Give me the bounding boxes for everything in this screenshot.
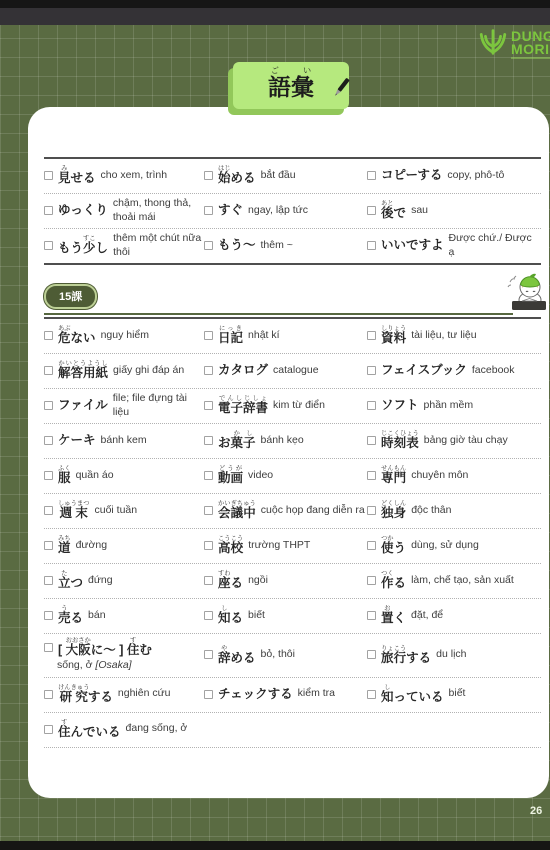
vocab-entry: フェイスブックfacebook (367, 354, 541, 388)
vocab-meaning-vietnamese: kiểm tra (298, 687, 365, 700)
vocab-entry: 置おくđặt, để (367, 599, 541, 633)
vocab-row: 立たつđứng座すわるngồi作つくるlàm, chế tạo, sản xuấ… (44, 564, 541, 599)
vocab-word-japanese: 後あとで (381, 200, 406, 220)
vocab-checkbox[interactable] (367, 506, 376, 515)
vocab-checkbox[interactable] (367, 650, 376, 659)
vocab-word-japanese: 旅行りょこうする (381, 645, 431, 665)
vocab-entry: もう～thêm ~ (204, 229, 367, 263)
vocab-row: 売うるbán知しるbiết置おくđặt, để (44, 599, 541, 634)
vocab-word-japanese: ファイル (58, 399, 108, 412)
pen-icon (328, 75, 352, 108)
vocab-checkbox[interactable] (204, 241, 213, 250)
viewer-bottom-bar (0, 841, 550, 850)
vocab-meaning-vietnamese: file; file đựng tài liệu (113, 392, 202, 419)
vocab-entry: 辞やめるbỏ, thôi (204, 634, 367, 677)
vocab-meaning-vietnamese: trường THPT (248, 539, 365, 552)
page-number: 26 (530, 805, 542, 817)
vocab-meaning-vietnamese: cuộc họp đang diễn ra (261, 504, 365, 517)
vocab-entry: 見みせるcho xem, trình (44, 159, 204, 193)
vocab-meaning-vietnamese: bắt đầu (261, 169, 365, 182)
vocab-entry: 時刻表じこくひょうbảng giờ tàu chạy (367, 424, 541, 458)
vocab-checkbox[interactable] (44, 576, 53, 585)
vocab-word-japanese: 置おく (381, 605, 406, 625)
vocab-entry: 始はじめるbắt đầu (204, 159, 367, 193)
vocab-word-japanese: 会議中かいぎちゅう (218, 500, 256, 520)
vocab-word-japanese: 動画どうが (218, 465, 243, 485)
vocab-word-japanese: 始はじめる (218, 165, 256, 185)
vocab-word-japanese: 座すわる (218, 570, 243, 590)
vocab-entry: いいですよĐược chứ./ Được ạ (367, 229, 541, 263)
vocab-word-japanese: 作つくる (381, 570, 406, 590)
vocab-word-japanese: 週末しゅうまつ (58, 500, 89, 520)
vocab-word-japanese: 辞やめる (218, 645, 256, 665)
vocab-meaning-vietnamese: bánh kem (101, 434, 202, 447)
vocab-checkbox[interactable] (367, 331, 376, 340)
vocab-row: 週末しゅうまつcuối tuần会議中かいぎちゅうcuộc họp đang d… (44, 494, 541, 529)
vocab-checkbox[interactable] (367, 171, 376, 180)
vocab-meaning-vietnamese: thêm ~ (261, 239, 365, 252)
vocab-entry: 作つくるlàm, chế tạo, sản xuất (367, 564, 541, 598)
vocab-entry: カタログcatalogue (204, 354, 367, 388)
vocab-section-intro: 見みせるcho xem, trình始はじめるbắt đầuコピーするcopy,… (44, 157, 541, 265)
vocab-checkbox[interactable] (367, 541, 376, 550)
vocab-checkbox[interactable] (204, 206, 213, 215)
vocab-checkbox[interactable] (44, 725, 53, 734)
vocab-checkbox[interactable] (367, 436, 376, 445)
vocab-word-japanese: 高校こうこう (218, 535, 243, 555)
vocab-row: 道みちđường高校こうこうtrường THPT使つかうdùng, sử dụ… (44, 529, 541, 564)
vocab-row: 解答用紙かいとうようしgiấy ghi đáp ánカタログcatalogueフ… (44, 354, 541, 389)
vocab-checkbox[interactable] (44, 436, 53, 445)
vocab-entry: 高校こうこうtrường THPT (204, 529, 367, 563)
vocab-meaning-vietnamese: cuối tuần (94, 504, 202, 517)
vocab-meaning-vietnamese: bỏ, thôi (261, 648, 365, 661)
vocab-word-japanese: コピーする (381, 169, 442, 182)
vocab-meaning-vietnamese: du lịch (436, 648, 539, 661)
vocab-word-japanese: カタログ (218, 364, 268, 377)
vocab-section-lesson15: 危あぶないnguy hiểm日記にっきnhật kí資料しりょうtài liệu… (44, 317, 541, 748)
vocab-word-japanese: 資料しりょう (381, 325, 406, 345)
vocab-meaning-vietnamese: cho xem, trình (101, 169, 202, 182)
vocab-checkbox[interactable] (204, 541, 213, 550)
vocab-word-japanese: 研究けんきゅうする (58, 684, 113, 704)
vocab-row: 危あぶないnguy hiểm日記にっきnhật kí資料しりょうtài liệu… (44, 319, 541, 354)
lesson-header: 15課 (44, 277, 541, 317)
vocab-meaning-vietnamese: biết (248, 609, 365, 622)
vocab-word-japanese: 立たつ (58, 570, 83, 590)
lesson-badge: 15課 (44, 284, 97, 309)
vocab-word-japanese: チェックする (218, 688, 293, 701)
vocab-row: ゆっくりchậm, thong thả, thoải máiすぐngay, lậ… (44, 194, 541, 229)
vocab-word-japanese: 道みち (58, 535, 71, 555)
vocab-word-japanese: 使つかう (381, 535, 406, 555)
vocab-word-japanese: 危あぶない (58, 325, 96, 345)
vocab-meaning-vietnamese: sống, ở [Osaka] (44, 659, 215, 672)
vocab-meaning-vietnamese: kim từ điển (273, 399, 365, 412)
vocab-word-japanese: 時刻表じこくひょう (381, 430, 419, 450)
vocab-checkbox[interactable] (44, 366, 53, 375)
vocab-meaning-vietnamese: nguy hiểm (101, 329, 202, 342)
vocab-word-japanese: ゆっくり (58, 204, 108, 217)
vocab-meaning-vietnamese: quần áo (76, 469, 202, 482)
vocab-meaning-vietnamese: đường (76, 539, 202, 552)
vocab-word-japanese: 売うる (58, 605, 83, 625)
vocab-meaning-vietnamese: bánh kẹo (261, 434, 365, 447)
vocab-row: ケーキbánh kemお菓子かしbánh kẹo時刻表じこくひょうbảng gi… (44, 424, 541, 459)
vocab-entry: 使つかうdùng, sử dụng (367, 529, 541, 563)
vocab-meaning-vietnamese: copy, phô-tô (447, 169, 539, 182)
vocab-entry: 住すんでいるđang sống, ở (44, 713, 204, 747)
vocab-word-japanese: ケーキ (58, 434, 96, 447)
vocab-word-japanese: 住すんでいる (58, 719, 121, 739)
vocab-entry: コピーするcopy, phô-tô (367, 159, 541, 193)
vocab-word-japanese: 服ふく (58, 465, 71, 485)
vocab-row: [ 大阪おおさかに～ ] 住すむsống, ở [Osaka]辞やめるbỏ, t… (44, 634, 541, 678)
vocab-entry: 売うるbán (44, 599, 204, 633)
vocab-entry: ケーキbánh kem (44, 424, 204, 458)
vocab-checkbox[interactable] (44, 506, 53, 515)
vocab-checkbox[interactable] (204, 366, 213, 375)
vocab-word-japanese: フェイスブック (381, 364, 467, 377)
vocab-entry: もう少すこしthêm một chút nữa thôi (44, 229, 204, 263)
vocab-entry: [ 大阪おおさかに～ ] 住すむsống, ở [Osaka] (44, 634, 204, 677)
vocab-meaning-vietnamese: chậm, thong thả, thoải mái (113, 197, 202, 224)
vocab-meaning-vietnamese: video (248, 469, 365, 482)
vocab-entry: 座すわるngồi (204, 564, 367, 598)
vocab-checkbox[interactable] (44, 401, 53, 410)
mascot-icon (503, 272, 549, 317)
vocab-checkbox[interactable] (367, 471, 376, 480)
vocab-row: 住すんでいるđang sống, ở (44, 713, 541, 748)
vocab-row: ファイルfile; file đựng tài liệu電子辞書でんしじしょki… (44, 389, 541, 424)
vocab-meaning-vietnamese: giấy ghi đáp án (113, 364, 202, 377)
vocab-entry: 知しるbiết (204, 599, 367, 633)
vocab-checkbox[interactable] (204, 611, 213, 620)
vocab-entry: 週末しゅうまつcuối tuần (44, 494, 204, 528)
vocab-entry: チェックするkiểm tra (204, 678, 367, 712)
vocab-meaning-vietnamese: làm, chế tạo, sản xuất (411, 574, 539, 587)
logo-tagline (511, 57, 550, 59)
vocab-entry: ソフトphần mềm (367, 389, 541, 423)
vocab-checkbox[interactable] (44, 241, 53, 250)
vocab-meaning-vietnamese: sau (411, 204, 539, 217)
vocab-checkbox[interactable] (44, 331, 53, 340)
vocab-word-japanese: すぐ (218, 204, 243, 217)
vocab-checkbox[interactable] (367, 690, 376, 699)
vocab-row: 服ふくquần áo動画どうがvideo専門せんもんchuyên môn (44, 459, 541, 494)
vocab-word-japanese: もう少すこし (58, 235, 108, 255)
vocab-entry: 専門せんもんchuyên môn (367, 459, 541, 493)
document-page: DUNG MORI ご い 語彙 見みせるcho xem, trình始はじめる… (0, 0, 550, 850)
vocab-row: 見みせるcho xem, trình始はじめるbắt đầuコピーするcopy,… (44, 159, 541, 194)
vocab-word-japanese: もう～ (218, 239, 256, 252)
vocab-checkbox[interactable] (44, 206, 53, 215)
vocab-checkbox[interactable] (204, 436, 213, 445)
vocab-entry: ファイルfile; file đựng tài liệu (44, 389, 204, 423)
vocab-meaning-vietnamese: đặt, để (411, 609, 539, 622)
vocab-meaning-vietnamese: ngồi (248, 574, 365, 587)
vocab-checkbox[interactable] (367, 401, 376, 410)
vocab-meaning-vietnamese: bảng giờ tàu chạy (424, 434, 539, 447)
vocab-entry: 道みちđường (44, 529, 204, 563)
vocab-entry: お菓子かしbánh kẹo (204, 424, 367, 458)
vocab-checkbox[interactable] (44, 471, 53, 480)
vocab-checkbox[interactable] (204, 471, 213, 480)
viewer-top-bar (0, 0, 550, 25)
vocab-entry: すぐngay, lập tức (204, 194, 367, 228)
vocab-meaning-vietnamese: tài liệu, tư liệu (411, 329, 539, 342)
vocab-meaning-vietnamese: ngay, lập tức (248, 204, 365, 217)
tree-logo-icon (477, 26, 509, 63)
vocab-checkbox[interactable] (367, 241, 376, 250)
vocab-meaning-vietnamese: facebook (472, 364, 539, 377)
vocab-meaning-vietnamese: chuyên môn (411, 469, 539, 482)
vocab-meaning-vietnamese: catalogue (273, 364, 365, 377)
vocab-meaning-vietnamese: bán (88, 609, 202, 622)
vocab-checkbox[interactable] (44, 690, 53, 699)
vocab-checkbox[interactable] (44, 171, 53, 180)
vocab-word-japanese: [ 大阪おおさかに～ ] 住すむ (58, 637, 152, 657)
vocab-checkbox[interactable] (204, 576, 213, 585)
vocab-entry: ゆっくりchậm, thong thả, thoải mái (44, 194, 204, 228)
vocab-entry: 旅行りょこうするdu lịch (367, 634, 541, 677)
brand-logo: DUNG MORI (477, 26, 550, 63)
vocab-entry: 動画どうがvideo (204, 459, 367, 493)
vocab-checkbox[interactable] (204, 690, 213, 699)
vocab-checkbox[interactable] (44, 541, 53, 550)
vocab-word-japanese: 専門せんもん (381, 465, 406, 485)
vocab-checkbox[interactable] (367, 366, 376, 375)
vocab-checkbox[interactable] (367, 611, 376, 620)
vocab-row: 研究けんきゅうするnghiên cứuチェックするkiểm tra知しっているb… (44, 678, 541, 713)
vocab-checkbox[interactable] (204, 506, 213, 515)
vocab-entry: 後あとでsau (367, 194, 541, 228)
vocab-word-japanese: 電子辞書でんしじしょ (218, 395, 268, 415)
vocab-entry: 立たつđứng (44, 564, 204, 598)
vocab-entry: 会議中かいぎちゅうcuộc họp đang diễn ra (204, 494, 367, 528)
vocabulary-sheet: 見みせるcho xem, trình始はじめるbắt đầuコピーするcopy,… (28, 107, 549, 798)
vocab-entry: 資料しりょうtài liệu, tư liệu (367, 319, 541, 353)
vocab-checkbox[interactable] (44, 643, 53, 652)
vocab-entry: 服ふくquần áo (44, 459, 204, 493)
vocab-entry: 危あぶないnguy hiểm (44, 319, 204, 353)
vocab-word-japanese: 知しっている (381, 684, 444, 704)
vocab-meaning-vietnamese: dùng, sử dụng (411, 539, 539, 552)
vocab-meaning-vietnamese: đang sống, ở (126, 722, 202, 735)
vocab-meaning-vietnamese: biết (449, 687, 539, 700)
vocabulary-title-card: ご い 語彙 (233, 62, 349, 109)
lesson-divider (44, 313, 513, 315)
vocab-checkbox[interactable] (204, 650, 213, 659)
vocab-meaning-vietnamese: Được chứ./ Được ạ (449, 232, 539, 259)
vocab-checkbox[interactable] (204, 401, 213, 410)
vocab-checkbox[interactable] (44, 611, 53, 620)
vocab-word-japanese: 日記にっき (218, 325, 243, 345)
vocab-meaning-vietnamese: độc thân (411, 504, 539, 517)
vocab-meaning-vietnamese: nhật kí (248, 329, 365, 342)
vocab-entry: 独身どくしんđộc thân (367, 494, 541, 528)
vocab-checkbox[interactable] (204, 171, 213, 180)
logo-word-2: MORI (511, 43, 550, 56)
vocab-checkbox[interactable] (204, 331, 213, 340)
vocab-word-japanese: いいですよ (381, 239, 444, 252)
vocab-meaning-vietnamese: thêm một chút nữa thôi (113, 232, 202, 259)
vocab-checkbox[interactable] (367, 206, 376, 215)
vocab-entry: 電子辞書でんしじしょkim từ điển (204, 389, 367, 423)
vocab-word-japanese: 独身どくしん (381, 500, 406, 520)
vocab-meaning-vietnamese: phần mềm (424, 399, 539, 412)
vocab-entry: 日記にっきnhật kí (204, 319, 367, 353)
vocab-checkbox[interactable] (367, 576, 376, 585)
vocab-meaning-vietnamese: nghiên cứu (118, 687, 202, 700)
vocab-entry: 解答用紙かいとうようしgiấy ghi đáp án (44, 354, 204, 388)
vocab-entry: 研究けんきゅうするnghiên cứu (44, 678, 204, 712)
vocab-meaning-vietnamese: đứng (88, 574, 202, 587)
vocab-word-japanese: 知しる (218, 605, 243, 625)
vocab-row: もう少すこしthêm một chút nữa thôiもう～thêm ~いいで… (44, 229, 541, 263)
vocab-word-japanese: お菓子かし (218, 430, 256, 450)
vocab-word-japanese: 解答用紙かいとうようし (58, 360, 108, 380)
vocab-word-japanese: ソフト (381, 399, 419, 412)
vocab-word-japanese: 見みせる (58, 165, 96, 185)
vocab-entry: 知しっているbiết (367, 678, 541, 712)
